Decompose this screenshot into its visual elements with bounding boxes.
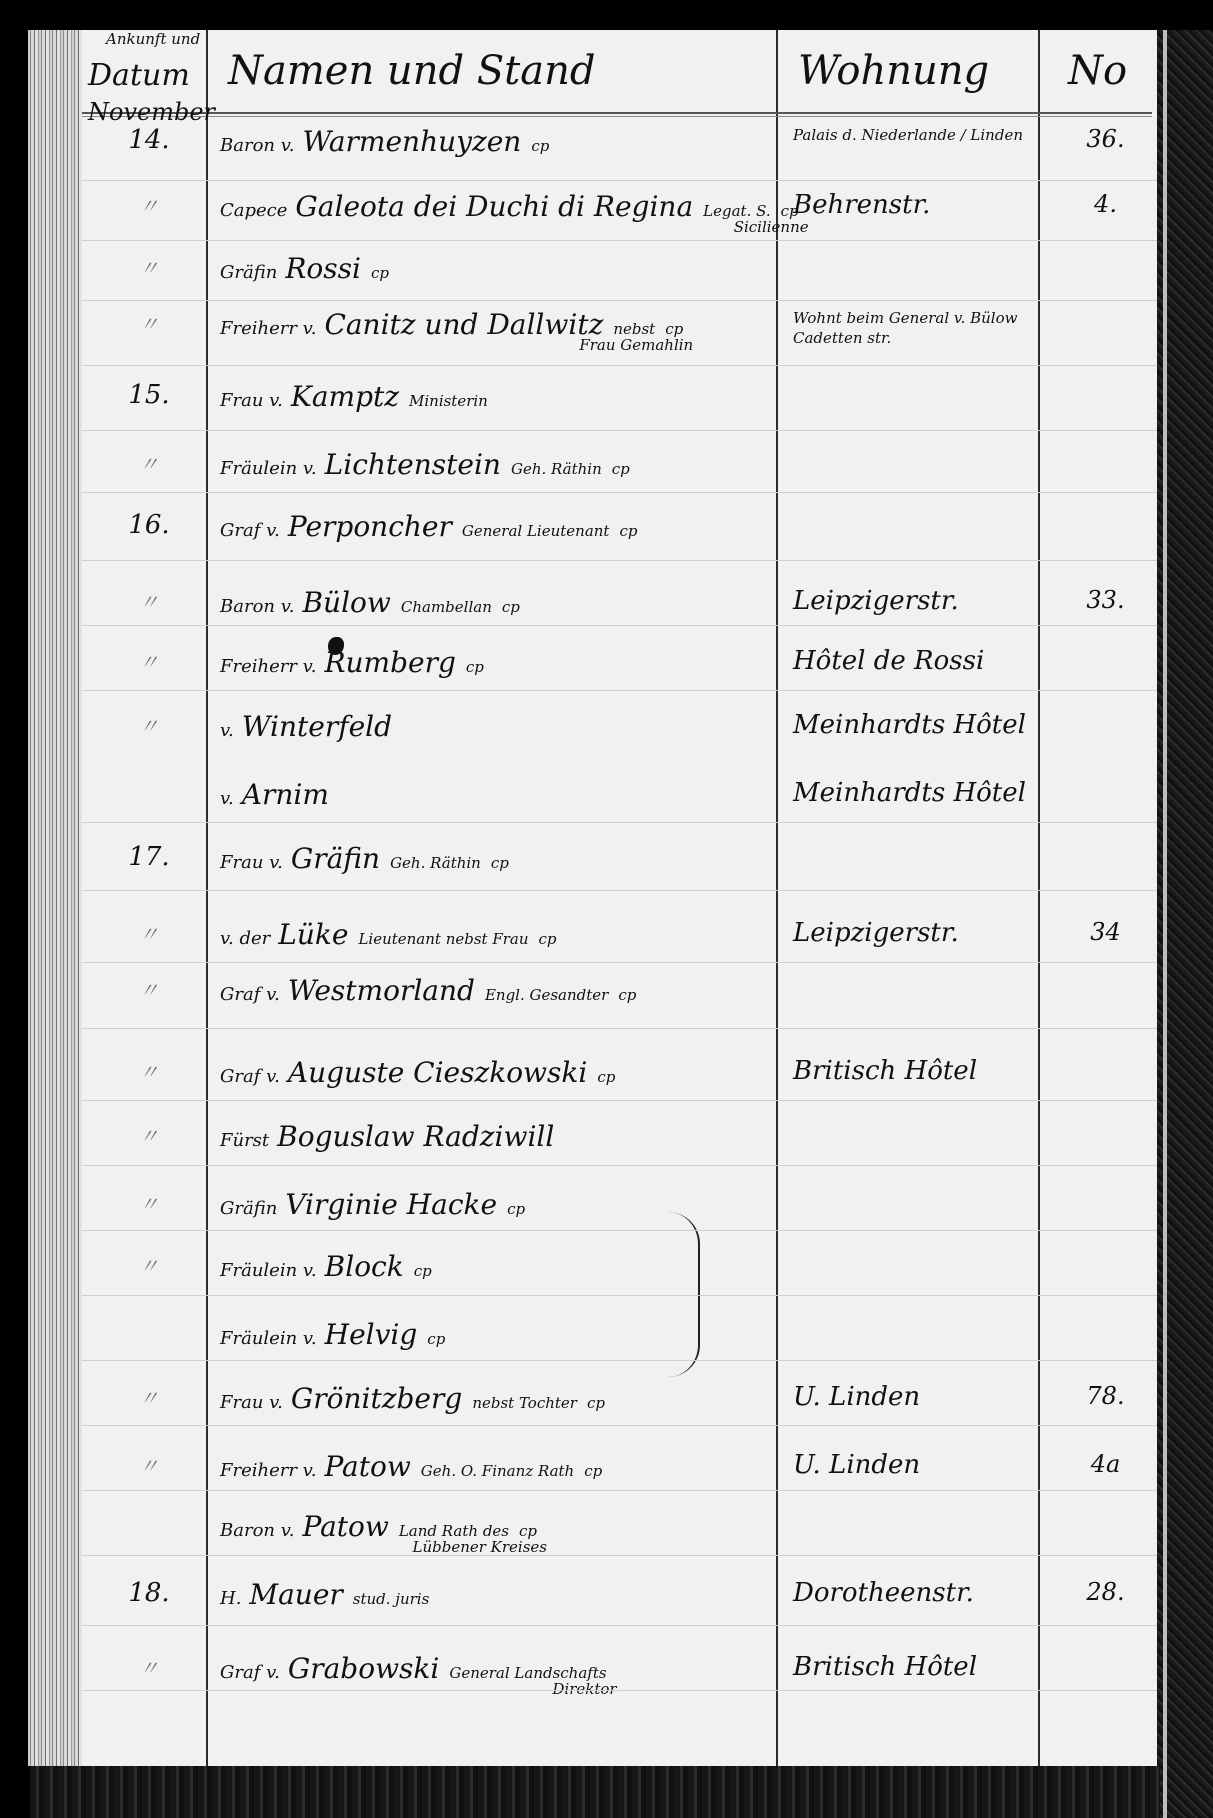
entry-address: Wohnt beim General v. Bülow Cadetten str… <box>793 308 1028 348</box>
entry-date: 〃 <box>90 1450 208 1479</box>
ledger-entry: 14.Baron v.WarmenhuyzencpPalais d. Niede… <box>28 125 1157 185</box>
entry-number: 34 <box>1058 918 1153 946</box>
ruled-line <box>82 1165 1157 1166</box>
entry-address: Leipzigerstr. <box>793 918 959 948</box>
entry-address: U. Linden <box>793 1382 920 1412</box>
entry-mark: cp <box>597 1068 615 1086</box>
ruled-line <box>82 1555 1157 1556</box>
entry-title: Baron v. <box>220 135 294 156</box>
entry-surname: Arnim <box>242 778 329 811</box>
entry-name: v. derLükeLieutenant nebst Fraucp <box>220 918 557 951</box>
entry-address: Britisch Hôtel <box>793 1652 977 1682</box>
entry-title: Frau v. <box>220 852 283 873</box>
ledger-entry: 〃Graf v.WestmorlandEngl. Gesandtercp <box>28 974 1157 1034</box>
entry-surname: Patow <box>324 1450 410 1483</box>
ruled-line <box>82 1230 1157 1231</box>
scan-border-bottom <box>30 1766 1160 1818</box>
entry-number: 78. <box>1058 1382 1153 1410</box>
entry-mark: cp <box>502 598 520 616</box>
entry-surname: Grönitzberg <box>291 1382 462 1415</box>
entry-note-secondary: Sicilienne <box>734 218 809 236</box>
ledger-entry: 〃v. derLükeLieutenant nebst FraucpLeipzi… <box>28 918 1157 978</box>
entry-note: Chambellan <box>401 598 492 616</box>
entry-mark: cp <box>427 1330 445 1348</box>
entry-title: Gräfin <box>220 262 277 283</box>
entry-date: 14. <box>90 125 208 155</box>
ledger-page: Ankunft und Datum Namen und Stand Wohnun… <box>28 30 1157 1766</box>
entry-title: v. <box>220 720 234 741</box>
entry-date: 18. <box>90 1578 208 1608</box>
ruled-line <box>82 430 1157 431</box>
entry-date: 〃 <box>90 308 208 337</box>
ledger-entry: 〃Baron v.BülowChambellancpLeipzigerstr.3… <box>28 586 1157 646</box>
entry-title: Fräulein v. <box>220 1328 317 1349</box>
entry-surname: Helvig <box>325 1318 418 1351</box>
entry-number: 33. <box>1058 586 1153 614</box>
entry-name: Freiherr v.PatowGeh. O. Finanz Rathcp <box>220 1450 602 1483</box>
entry-mark: cp <box>619 522 637 540</box>
entry-number: 4. <box>1058 190 1153 218</box>
ruled-line <box>82 962 1157 963</box>
entry-name: Fräulein v.LichtensteinGeh. Räthincp <box>220 448 630 481</box>
entry-name: Baron v.PatowLand Rath descpLübbener Kre… <box>220 1510 537 1543</box>
ledger-entry: 18.H.Mauerstud. jurisDorotheenstr.28. <box>28 1578 1157 1638</box>
entry-name: Baron v.BülowChambellancp <box>220 586 520 619</box>
entry-title: Graf v. <box>220 520 280 541</box>
entry-surname: Rossi <box>285 252 361 285</box>
entry-note: stud. juris <box>353 1590 430 1608</box>
entry-surname: Grabowski <box>288 1652 439 1685</box>
entry-note: General Lieutenant <box>462 522 610 540</box>
entry-note-secondary: Lübbener Kreises <box>413 1538 548 1556</box>
ledger-entry: Baron v.PatowLand Rath descpLübbener Kre… <box>28 1510 1157 1570</box>
ledger-entry: Fräulein v.Helvigcp <box>28 1318 1157 1378</box>
ledger-entry: 〃GräfinVirginie Hackecp <box>28 1188 1157 1248</box>
entry-name: v.Winterfeld <box>220 710 392 743</box>
scan-border-top <box>0 0 1213 30</box>
entry-date: 15. <box>90 380 208 410</box>
entry-number: 4a <box>1058 1450 1153 1478</box>
entry-date: 〃 <box>90 1056 208 1085</box>
entry-mark: cp <box>587 1394 605 1412</box>
entry-name: GräfinRossicp <box>220 252 389 285</box>
entry-date: 〃 <box>90 190 208 219</box>
entry-surname: Block <box>325 1250 404 1283</box>
entry-date: 〃 <box>90 710 208 739</box>
entry-name: Freiherr v.Rumbergcp <box>220 646 484 679</box>
ledger-entry: 17.Frau v.GräfinGeh. Räthincp <box>28 842 1157 902</box>
entry-surname: Gräfin <box>291 842 380 875</box>
entry-title: Gräfin <box>220 1198 277 1219</box>
entry-note: Ministerin <box>409 392 488 410</box>
ledger-entry: 〃Freiherr v.Canitz und DallwitznebstcpFr… <box>28 308 1157 368</box>
entry-surname: Lüke <box>278 918 348 951</box>
entry-surname: Virginie Hacke <box>285 1188 497 1221</box>
entry-name: Baron v.Warmenhuyzencp <box>220 125 549 158</box>
entry-address: U. Linden <box>793 1450 920 1480</box>
entry-mark: cp <box>531 137 549 155</box>
entry-surname: Kamptz <box>291 380 399 413</box>
ruled-line <box>82 1360 1157 1361</box>
entry-name: Frau v.GräfinGeh. Räthincp <box>220 842 509 875</box>
ruled-line <box>82 1690 1157 1691</box>
ruled-line <box>82 1625 1157 1626</box>
entry-address: Meinhardts Hôtel <box>793 778 1026 808</box>
ledger-entry: 15.Frau v.KamptzMinisterin <box>28 380 1157 440</box>
entry-surname: Lichtenstein <box>325 448 501 481</box>
entry-surname: Galeota dei Duchi di Regina <box>295 190 693 223</box>
entry-date: 〃 <box>90 1652 208 1681</box>
ledger-entry: 〃CapeceGaleota dei Duchi di ReginaLegat.… <box>28 190 1157 250</box>
entry-mark: cp <box>466 658 484 676</box>
entry-name: GräfinVirginie Hackecp <box>220 1188 525 1221</box>
entry-title: Baron v. <box>220 1520 294 1541</box>
entry-note: Engl. Gesandter <box>485 986 608 1004</box>
entry-note: Lieutenant nebst Frau <box>358 930 528 948</box>
entry-address: Dorotheenstr. <box>793 1578 974 1608</box>
entry-title: Graf v. <box>220 984 280 1005</box>
entry-title: H. <box>220 1588 241 1609</box>
entry-date: 〃 <box>90 1120 208 1149</box>
ledger-entry: 〃Fräulein v.Blockcp <box>28 1250 1157 1310</box>
ledger-entry: 〃Fräulein v.LichtensteinGeh. Räthincp <box>28 448 1157 508</box>
entry-title: Frau v. <box>220 1392 283 1413</box>
header-rule-double <box>82 116 1152 117</box>
entry-name: Fräulein v.Blockcp <box>220 1250 432 1283</box>
entry-name: Frau v.KamptzMinisterin <box>220 380 488 413</box>
ledger-entry: v.ArnimMeinhardts Hôtel <box>28 778 1157 838</box>
book-edge <box>1163 30 1167 1818</box>
entry-title: Fräulein v. <box>220 1260 317 1281</box>
entry-date: 〃 <box>90 646 208 675</box>
entry-name: Graf v.GrabowskiGeneral LandschaftsDirek… <box>220 1652 607 1685</box>
entry-title: Graf v. <box>220 1066 280 1087</box>
ledger-entry: 〃Graf v.Auguste CieszkowskicpBritisch Hô… <box>28 1056 1157 1116</box>
ruled-line <box>82 890 1157 891</box>
ledger-entry: 〃Frau v.Grönitzbergnebst TochtercpU. Lin… <box>28 1382 1157 1442</box>
entry-title: v. der <box>220 928 270 949</box>
ruled-line <box>82 1100 1157 1101</box>
entry-mark: cp <box>618 986 636 1004</box>
entry-surname: Boguslaw Radziwill <box>277 1120 554 1153</box>
ruled-line <box>82 822 1157 823</box>
entry-surname: Bülow <box>302 586 390 619</box>
entry-number: 28. <box>1058 1578 1153 1606</box>
entry-address: Leipzigerstr. <box>793 586 959 616</box>
entry-name: v.Arnim <box>220 778 329 811</box>
entry-title: Freiherr v. <box>220 656 316 677</box>
ledger-entry: 〃FürstBoguslaw Radziwill <box>28 1120 1157 1180</box>
entry-title: Freiherr v. <box>220 318 316 339</box>
ruled-line <box>82 300 1157 301</box>
entry-mark: cp <box>491 854 509 872</box>
header-datum-small: Ankunft und <box>106 30 200 48</box>
entry-title: Graf v. <box>220 1662 280 1683</box>
entry-surname: Auguste Cieszkowski <box>288 1056 587 1089</box>
ruled-line <box>82 365 1157 366</box>
header-rule <box>82 112 1152 114</box>
scan-border-right <box>1157 30 1213 1818</box>
entry-mark: cp <box>612 460 630 478</box>
entry-title: v. <box>220 788 234 809</box>
entry-address: Behrenstr. <box>793 190 930 220</box>
entry-surname: Canitz und Dallwitz <box>324 308 603 341</box>
entry-address: Palais d. Niederlande / Linden <box>793 125 1028 145</box>
header-wohnung: Wohnung <box>798 48 989 94</box>
entry-date: 〃 <box>90 1382 208 1411</box>
ruled-line <box>82 625 1157 626</box>
ruled-line <box>82 492 1157 493</box>
ledger-entry: 〃v.WinterfeldMeinhardts Hôtel <box>28 710 1157 770</box>
header-datum: Datum <box>88 58 190 93</box>
entry-date: 〃 <box>90 586 208 615</box>
header-name: Namen und Stand <box>228 48 595 94</box>
month-label: November <box>88 98 215 126</box>
ruled-line <box>82 1425 1157 1426</box>
entry-date: 〃 <box>90 974 208 1003</box>
entry-surname: Mauer <box>249 1578 342 1611</box>
entry-name: Freiherr v.Canitz und DallwitznebstcpFra… <box>220 308 683 341</box>
entry-surname: Westmorland <box>288 974 475 1007</box>
ledger-entry: 〃GräfinRossicp <box>28 252 1157 312</box>
entry-date: 〃 <box>90 1188 208 1217</box>
entry-date: 16. <box>90 510 208 540</box>
entry-name: H.Mauerstud. juris <box>220 1578 429 1611</box>
entry-title: Freiherr v. <box>220 1460 316 1481</box>
entry-note: nebst Tochter <box>472 1394 577 1412</box>
entry-address: Hôtel de Rossi <box>793 646 984 676</box>
entry-title: Fürst <box>220 1130 269 1151</box>
entry-date: 〃 <box>90 1250 208 1279</box>
ledger-entry: 〃Freiherr v.PatowGeh. O. Finanz RathcpU.… <box>28 1450 1157 1510</box>
entry-date: 〃 <box>90 448 208 477</box>
ruled-line <box>82 1490 1157 1491</box>
ruled-line <box>82 560 1157 561</box>
entry-mark: cp <box>414 1262 432 1280</box>
entry-surname: Rumberg <box>324 646 455 679</box>
header-number: No <box>1068 48 1127 94</box>
ruled-line <box>82 180 1157 181</box>
entry-address: Britisch Hôtel <box>793 1056 977 1086</box>
ledger-entry: 〃Graf v.GrabowskiGeneral LandschaftsDire… <box>28 1652 1157 1712</box>
entry-number: 36. <box>1058 125 1153 153</box>
entry-note: Geh. Räthin <box>511 460 602 478</box>
ruled-line <box>82 1295 1157 1296</box>
entry-surname: Perponcher <box>288 510 452 543</box>
entry-mark: cp <box>584 1462 602 1480</box>
entry-address: Meinhardts Hôtel <box>793 710 1026 740</box>
entry-note: Geh. O. Finanz Rath <box>421 1462 574 1480</box>
entry-mark: cp <box>371 264 389 282</box>
entry-name: FürstBoguslaw Radziwill <box>220 1120 554 1153</box>
entry-surname: Patow <box>302 1510 388 1543</box>
entry-date: 17. <box>90 842 208 872</box>
entry-name: Frau v.Grönitzbergnebst Tochtercp <box>220 1382 605 1415</box>
entry-title: Baron v. <box>220 596 294 617</box>
entry-note: Geh. Räthin <box>390 854 481 872</box>
entry-mark: cp <box>539 930 557 948</box>
entry-name: CapeceGaleota dei Duchi di ReginaLegat. … <box>220 190 799 223</box>
entry-date: 〃 <box>90 252 208 281</box>
entry-surname: Warmenhuyzen <box>302 125 521 158</box>
entry-title: Fräulein v. <box>220 458 317 479</box>
ruled-line <box>82 690 1157 691</box>
entry-title: Capece <box>220 200 287 221</box>
entry-surname: Winterfeld <box>242 710 392 743</box>
entry-name: Graf v.Auguste Cieszkowskicp <box>220 1056 615 1089</box>
ruled-line <box>82 1028 1157 1029</box>
entry-note-secondary: Frau Gemahlin <box>579 336 693 354</box>
entry-date: 〃 <box>90 918 208 947</box>
entry-note-secondary: Direktor <box>552 1680 616 1698</box>
ledger-entry: 16.Graf v.PerponcherGeneral Lieutenantcp <box>28 510 1157 570</box>
entry-name: Graf v.PerponcherGeneral Lieutenantcp <box>220 510 637 543</box>
entry-title: Frau v. <box>220 390 283 411</box>
ledger-entry: 〃Freiherr v.RumbergcpHôtel de Rossi <box>28 646 1157 706</box>
entry-name: Graf v.WestmorlandEngl. Gesandtercp <box>220 974 636 1007</box>
entry-name: Fräulein v.Helvigcp <box>220 1318 445 1351</box>
entry-mark: cp <box>507 1200 525 1218</box>
ruled-line <box>82 240 1157 241</box>
